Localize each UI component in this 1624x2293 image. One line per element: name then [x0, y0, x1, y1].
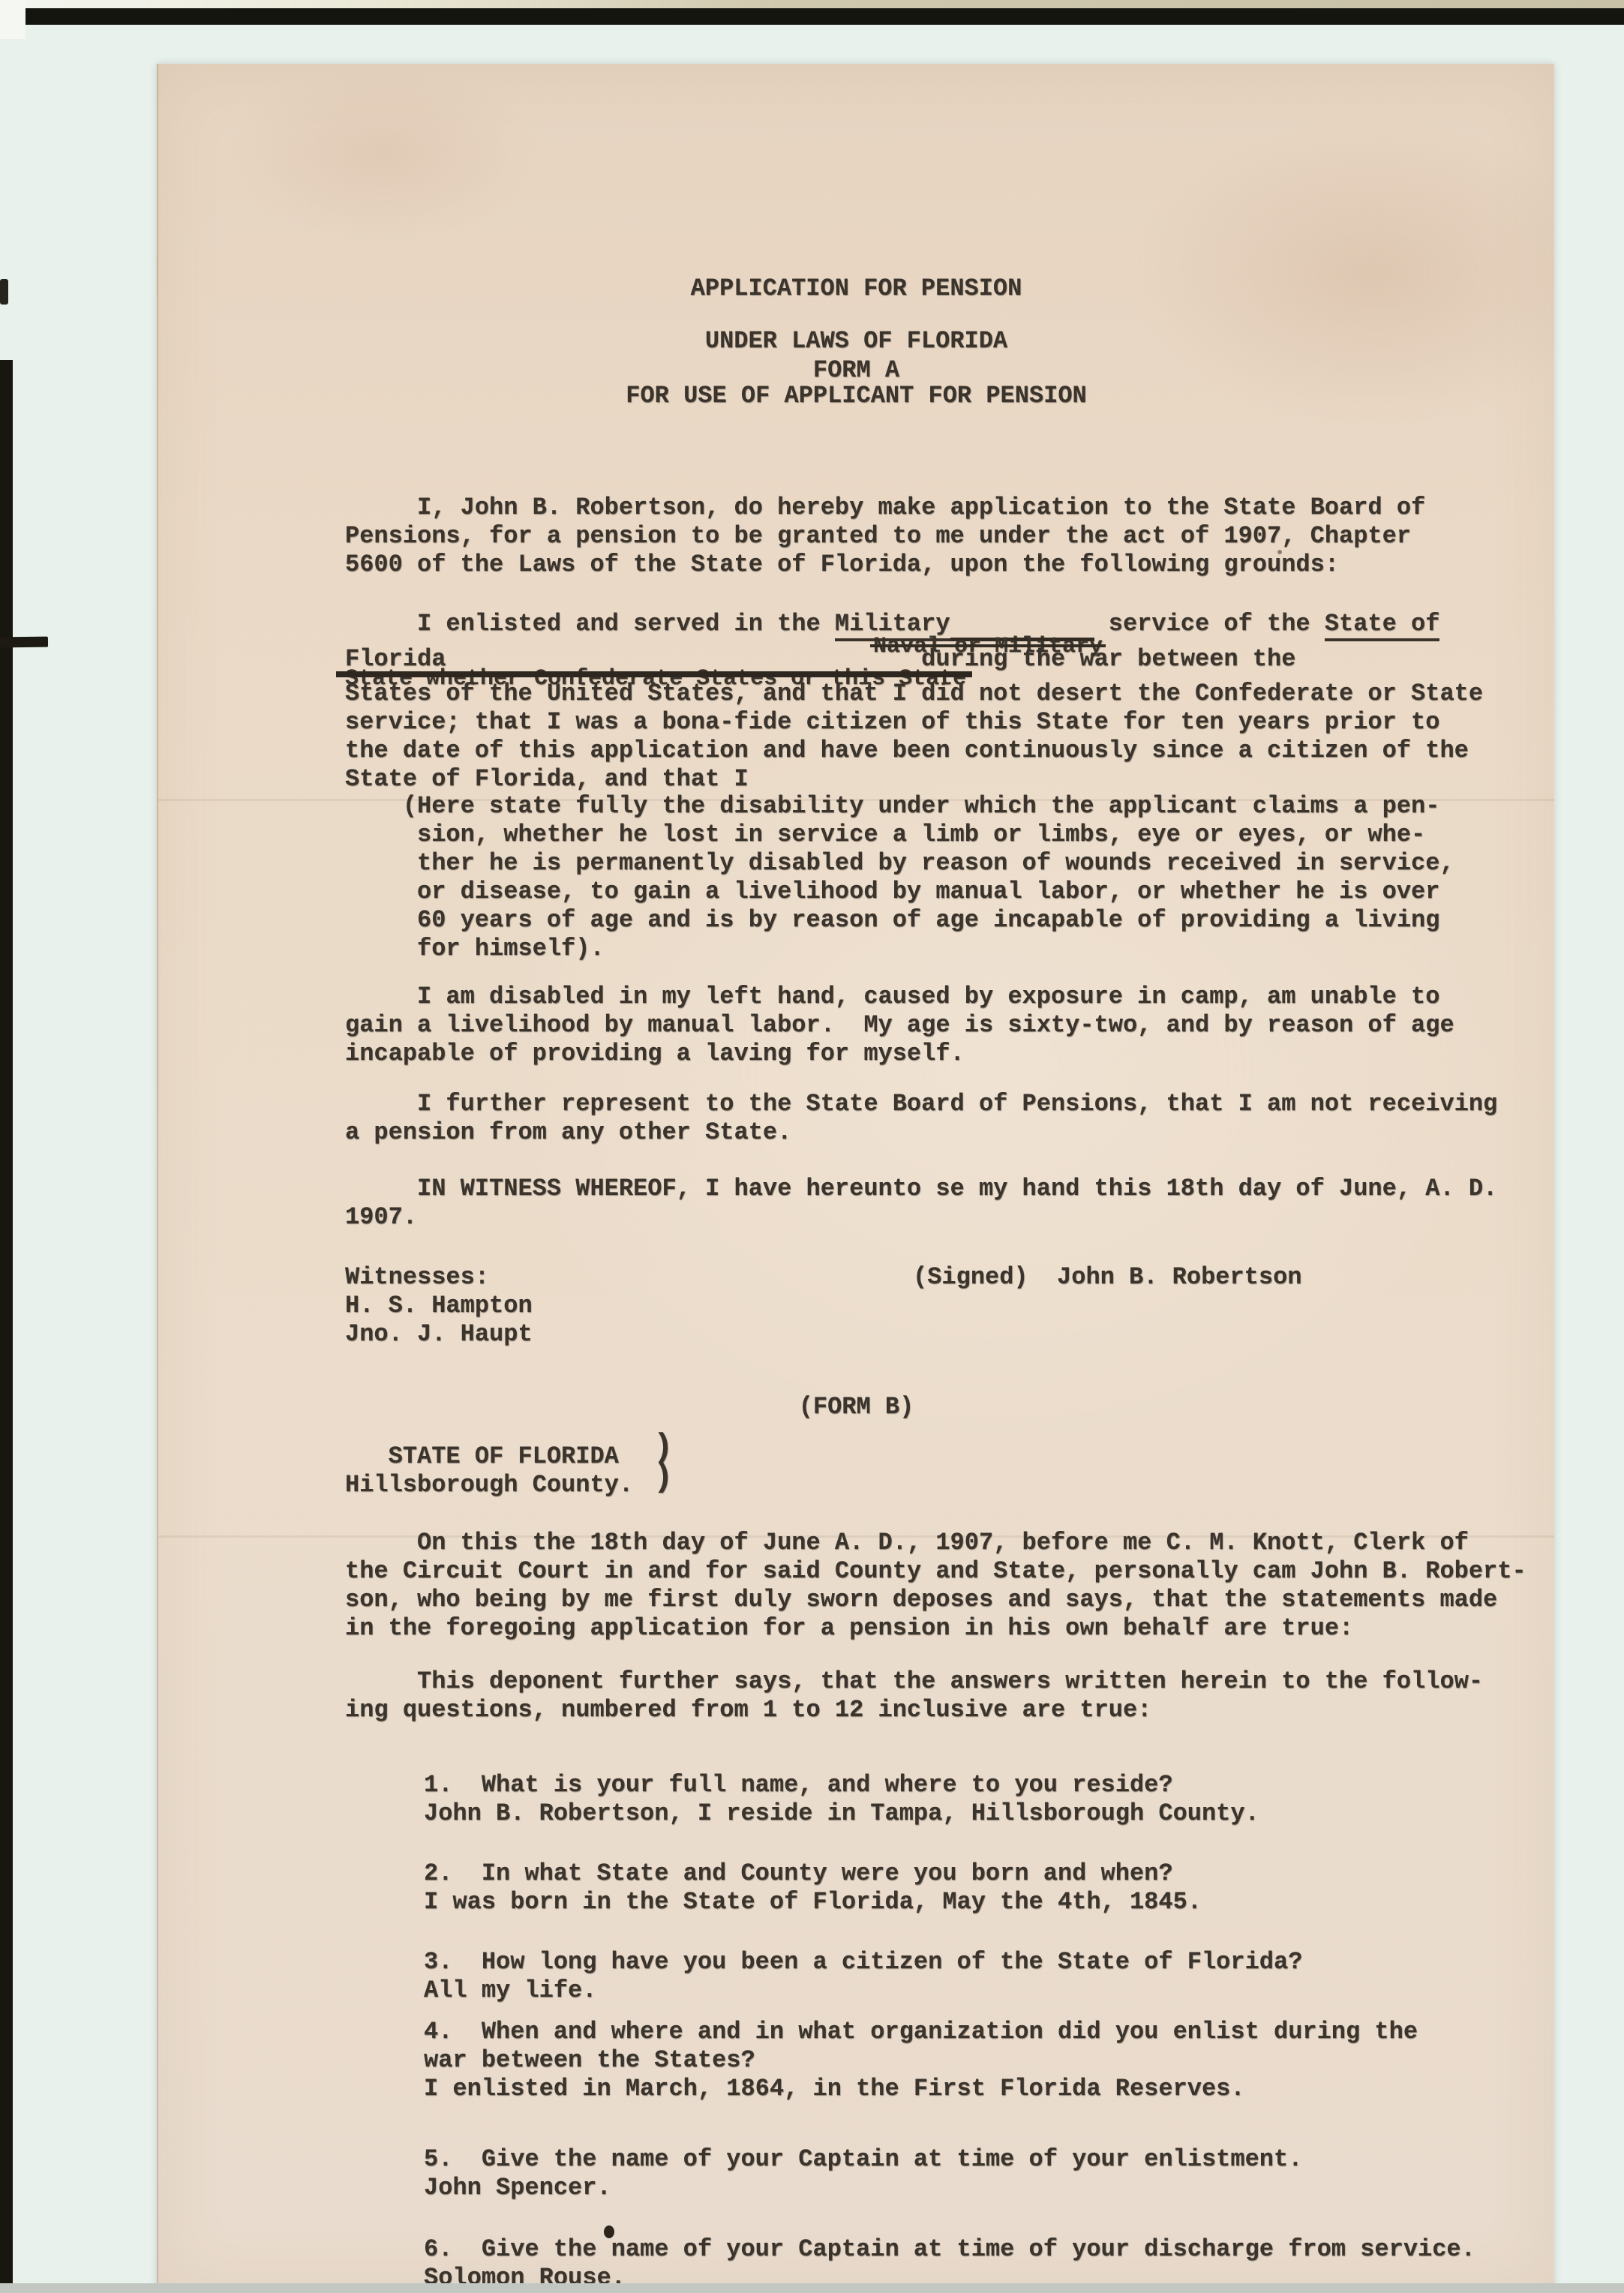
paragraph-line: State of Florida, and that I: [345, 765, 749, 794]
note-line: 60 years of age and is by reason of age …: [345, 906, 1439, 935]
paragraph-line: the date of this application and have be…: [345, 737, 1469, 765]
question-2: 2. In what State and County were you bor…: [424, 1859, 1173, 1888]
note-line: for himself).: [345, 935, 605, 963]
note-line: sion, whether he lost in service a limb …: [345, 821, 1425, 849]
scan-edge-artifact: [0, 637, 48, 648]
doc-title-line-3: FORM A: [158, 356, 1554, 385]
scanner-left-black-edge: [0, 360, 13, 2293]
paragraph-line: gain a livelihood by manual labor. My ag…: [345, 1011, 1454, 1040]
paragraph-line: States of the United States, and that I …: [345, 680, 1483, 708]
answer-1: John B. Robertson, I reside in Tampa, Hi…: [424, 1799, 1259, 1828]
paragraph-line: I further represent to the State Board o…: [345, 1090, 1497, 1118]
answer-5: John Spencer.: [424, 2174, 611, 2202]
answer-2: I was born in the State of Florida, May …: [424, 1888, 1202, 1916]
paragraph-line: I am disabled in my left hand, caused by…: [345, 983, 1439, 1011]
scanner-top-black-bar: [11, 8, 1624, 25]
form-b-heading: (FORM B): [158, 1393, 1554, 1421]
paragraph-line: incapable of providing a laving for myse…: [345, 1040, 965, 1068]
scan-edge-speck: [0, 279, 8, 305]
deponent-line: This deponent further says, that the ans…: [345, 1667, 1483, 1696]
witness-name-1: H. S. Hampton: [345, 1292, 533, 1320]
jurat-line: in the foregoing application for a pensi…: [345, 1614, 1353, 1643]
paragraph-line: a pension from any other State.: [345, 1118, 791, 1147]
jurat-line: On this the 18th day of June A. D., 1907…: [345, 1529, 1469, 1557]
question-4-cont: war between the States?: [424, 2046, 755, 2075]
witness-clause-line: 1907.: [345, 1203, 417, 1232]
note-line: or disease, to gain a livelihood by manu…: [345, 878, 1439, 906]
question-5: 5. Give the name of your Captain at time…: [424, 2145, 1302, 2174]
question-4: 4. When and where and in what organizati…: [424, 2018, 1418, 2046]
scan-corner-highlight: [0, 0, 26, 39]
paragraph-line: Pensions, for a pension to be granted to…: [345, 522, 1411, 551]
fill-in-state-of: State of: [1325, 610, 1440, 641]
doc-title-line-4: FOR USE OF APPLICANT FOR PENSION: [158, 382, 1554, 410]
witness-clause-line: IN WITNESS WHEREOF, I have hereunto se m…: [345, 1175, 1497, 1203]
document-page: APPLICATION FOR PENSION UNDER LAWS OF FL…: [157, 64, 1554, 2293]
note-line: ther he is permanently disabled by reaso…: [345, 849, 1454, 878]
question-6: 6. Give the name of your Captain at time…: [424, 2235, 1475, 2264]
deponent-line: ing questions, numbered from 1 to 12 inc…: [345, 1696, 1151, 1724]
question-1: 1. What is your full name, and where to …: [424, 1771, 1173, 1799]
scanned-document: APPLICATION FOR PENSION UNDER LAWS OF FL…: [0, 0, 1624, 2293]
enlistment-text: I enlisted and served in the: [345, 610, 835, 638]
witnesses-label: Witnesses:: [345, 1263, 489, 1292]
enlistment-text: during the war between the: [921, 645, 1295, 673]
paragraph-line: 5600 of the Laws of the State of Florida…: [345, 551, 1339, 579]
answer-3: All my life.: [424, 1976, 596, 2005]
jurat-line: son, who being by me first duly sworn de…: [345, 1586, 1497, 1614]
paragraph-line: I, John B. Robertson, do hereby make app…: [345, 494, 1425, 522]
doc-title-line-2: UNDER LAWS OF FLORIDA: [158, 327, 1554, 356]
enlistment-text: service of the: [1094, 610, 1325, 638]
paragraph-line: service; that I was a bona-fide citizen …: [345, 708, 1439, 737]
venue-paren: ): [653, 1463, 673, 1492]
answer-4: I enlisted in March, 1864, in the First …: [424, 2075, 1245, 2103]
signed-name: (Signed) John B. Robertson: [913, 1263, 1301, 1292]
doc-title-line-1: APPLICATION FOR PENSION: [158, 275, 1554, 303]
jurat-line: the Circuit Court in and for said County…: [345, 1557, 1526, 1586]
scan-bottom-band: [0, 2283, 1624, 2293]
question-3: 3. How long have you been a citizen of t…: [424, 1948, 1302, 1976]
venue-paren: ): [653, 1433, 673, 1462]
venue-state-line: STATE OF FLORIDA: [345, 1442, 619, 1471]
note-line: (Here state fully the disability under w…: [345, 792, 1439, 821]
venue-county-line: Hillsborough County.: [345, 1471, 633, 1499]
witness-name-2: Jno. J. Haupt: [345, 1320, 533, 1349]
